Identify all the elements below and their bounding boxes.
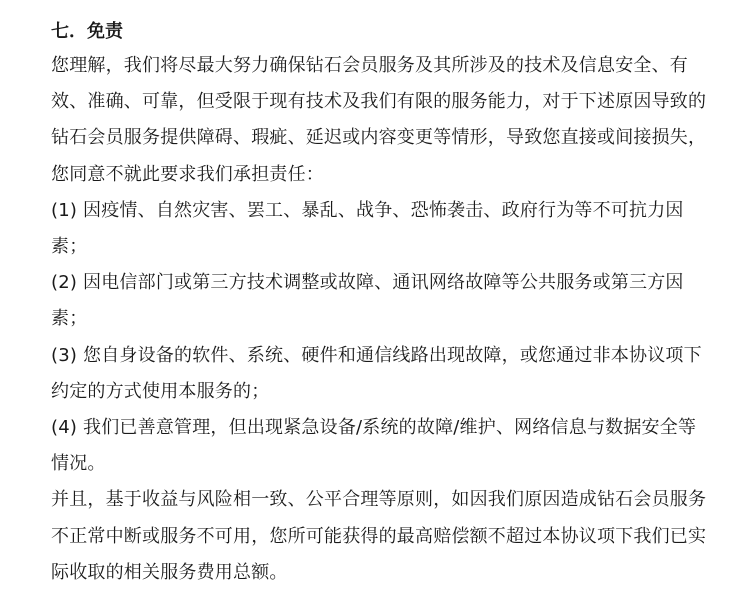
disclaimer-intro-paragraph: 您理解，我们将尽最大努力确保钻石会员服务及其所涉及的技术及信息安全、有效、准确、… xyxy=(51,48,711,193)
compensation-limit-paragraph: 并且，基于收益与风险相一致、公平合理等原则，如因我们原因造成钻石会员服务不正常中… xyxy=(51,482,711,591)
section-heading: 七．免责 xyxy=(51,16,711,48)
clause-4-emergency: (4) 我们已善意管理，但出现紧急设备/系统的故障/维护、网络信息与数据安全等情… xyxy=(51,410,711,482)
disclaimer-section: 七．免责 您理解，我们将尽最大努力确保钻石会员服务及其所涉及的技术及信息安全、有… xyxy=(0,0,711,591)
clause-1-force-majeure: (1) 因疫情、自然灾害、罢工、暴乱、战争、恐怖袭击、政府行为等不可抗力因素； xyxy=(51,193,711,265)
clause-3-user-device: (3) 您自身设备的软件、系统、硬件和通信线路出现故障，或您通过非本协议项下约定… xyxy=(51,338,711,410)
clause-2-third-party: (2) 因电信部门或第三方技术调整或故障、通讯网络故障等公共服务或第三方因素； xyxy=(51,265,711,337)
